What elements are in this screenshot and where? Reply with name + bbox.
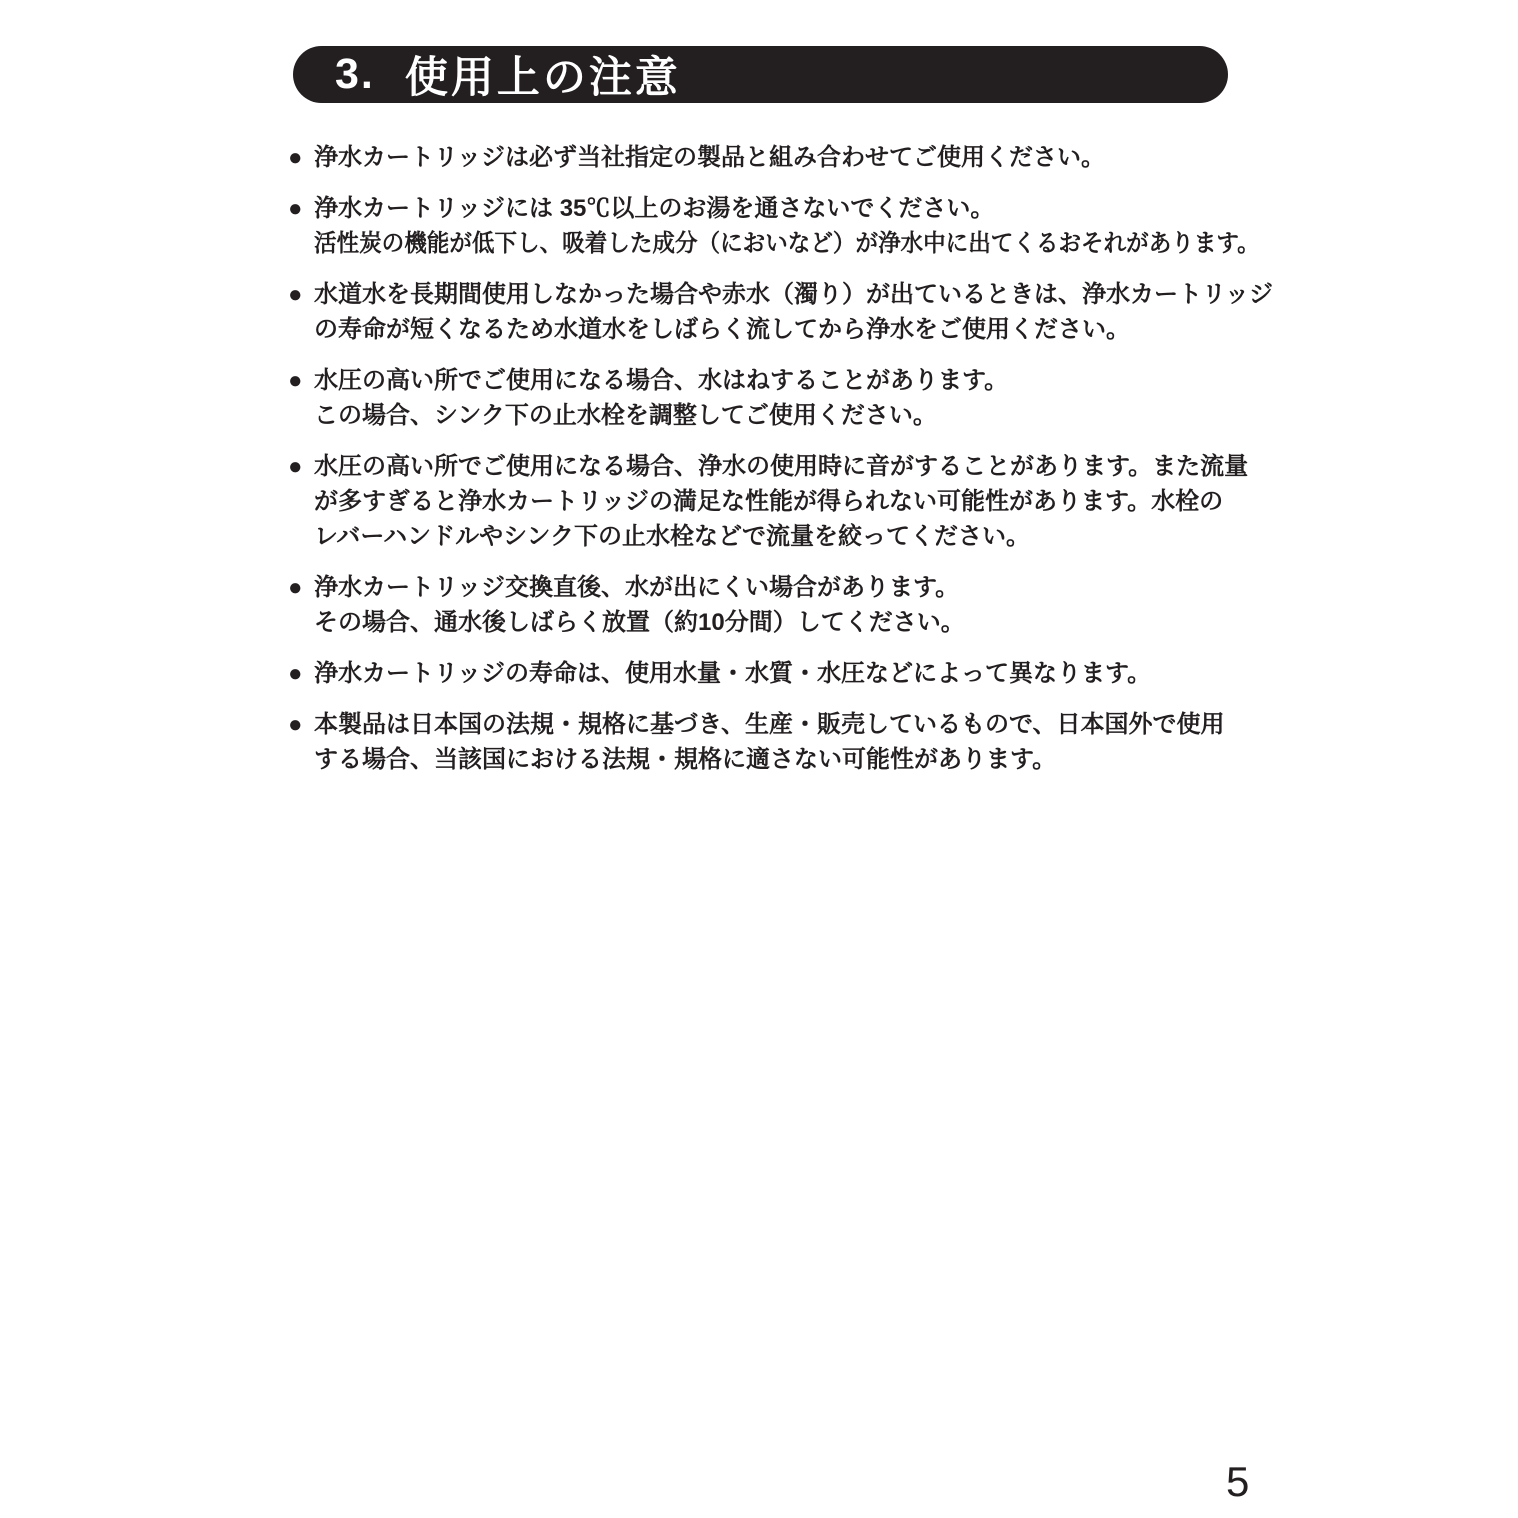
precaution-text: レバーハンドルやシンク下の止水栓などで流量を絞ってください。 bbox=[314, 519, 1288, 554]
precaution-text: が多すぎると浄水カートリッジの満足な性能が得られない可能性があります。水栓の bbox=[314, 484, 1288, 519]
bullet-icon: ● bbox=[288, 191, 303, 226]
precaution-text: この場合、シンク下の止水栓を調整してご使用ください。 bbox=[314, 398, 1288, 433]
precaution-text: 水圧の高い所でご使用になる場合、浄水の使用時に音がすることがあります。また流量 bbox=[314, 449, 1288, 484]
precaution-text: する場合、当該国における法規・規格に適さない可能性があります。 bbox=[314, 742, 1288, 777]
precaution-item-4: ● 水圧の高い所でご使用になる場合、水はねすることがあります。 この場合、シンク… bbox=[288, 363, 1288, 433]
precaution-text: 浄水カートリッジには 35℃以上のお湯を通さないでください。 bbox=[314, 191, 1288, 226]
precautions-list: ● 浄水カートリッジは必ず当社指定の製品と組み合わせてご使用ください。 ● 浄水… bbox=[288, 140, 1288, 793]
page-number: 5 bbox=[1226, 1458, 1249, 1506]
bullet-icon: ● bbox=[288, 363, 303, 398]
precaution-text: 浄水カートリッジの寿命は、使用水量・水質・水圧などによって異なります。 bbox=[314, 656, 1288, 691]
bullet-icon: ● bbox=[288, 707, 303, 742]
precaution-text: 水圧の高い所でご使用になる場合、水はねすることがあります。 bbox=[314, 363, 1288, 398]
bullet-icon: ● bbox=[288, 449, 303, 484]
precaution-item-6: ● 浄水カートリッジ交換直後、水が出にくい場合があります。 その場合、通水後しば… bbox=[288, 570, 1288, 640]
section-number: 3. bbox=[335, 50, 375, 99]
precaution-text: 水道水を長期間使用しなかった場合や赤水（濁り）が出ているときは、浄水カートリッジ bbox=[314, 277, 1288, 312]
precaution-item-5: ● 水圧の高い所でご使用になる場合、浄水の使用時に音がすることがあります。また流… bbox=[288, 449, 1288, 554]
bullet-icon: ● bbox=[288, 140, 303, 175]
bullet-icon: ● bbox=[288, 570, 303, 605]
section-title: 使用上の注意 bbox=[405, 44, 681, 105]
precaution-item-2: ● 浄水カートリッジには 35℃以上のお湯を通さないでください。 活性炭の機能が… bbox=[288, 191, 1288, 261]
bullet-icon: ● bbox=[288, 277, 303, 312]
precaution-text: 浄水カートリッジ交換直後、水が出にくい場合があります。 bbox=[314, 570, 1288, 605]
precaution-text: その場合、通水後しばらく放置（約10分間）してください。 bbox=[314, 605, 1288, 640]
precaution-text: 本製品は日本国の法規・規格に基づき、生産・販売しているもので、日本国外で使用 bbox=[314, 707, 1288, 742]
precaution-item-3: ● 水道水を長期間使用しなかった場合や赤水（濁り）が出ているときは、浄水カートリ… bbox=[288, 277, 1288, 347]
precaution-item-8: ● 本製品は日本国の法規・規格に基づき、生産・販売しているもので、日本国外で使用… bbox=[288, 707, 1288, 777]
precaution-item-7: ● 浄水カートリッジの寿命は、使用水量・水質・水圧などによって異なります。 bbox=[288, 656, 1288, 691]
precaution-text: 浄水カートリッジは必ず当社指定の製品と組み合わせてご使用ください。 bbox=[314, 140, 1288, 175]
precaution-text: の寿命が短くなるため水道水をしばらく流してから浄水をご使用ください。 bbox=[314, 312, 1288, 347]
section-header: 3. 使用上の注意 bbox=[293, 46, 1228, 103]
precaution-item-1: ● 浄水カートリッジは必ず当社指定の製品と組み合わせてご使用ください。 bbox=[288, 140, 1288, 175]
bullet-icon: ● bbox=[288, 656, 303, 691]
precaution-text: 活性炭の機能が低下し、吸着した成分（においなど）が浄水中に出てくるおそれがありま… bbox=[314, 226, 1230, 261]
